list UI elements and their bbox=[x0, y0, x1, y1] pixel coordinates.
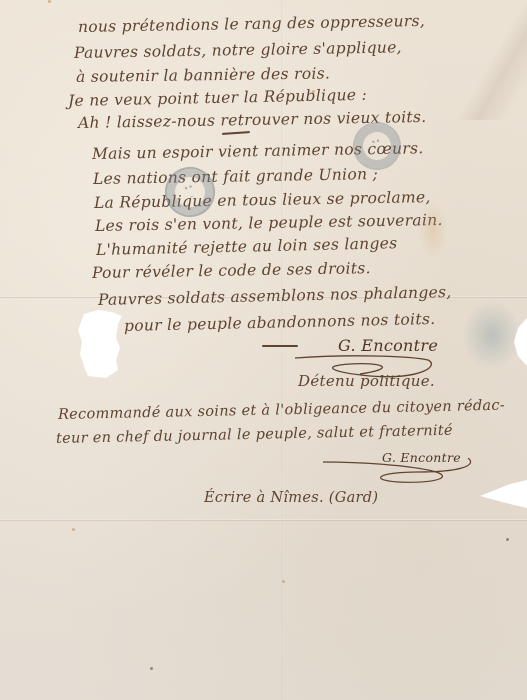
paper-tear-hole bbox=[76, 308, 126, 380]
paper-corner-shadow bbox=[447, 0, 527, 120]
poem-line: Pauvres soldats, notre gloire s'applique… bbox=[74, 38, 402, 62]
foxing-stain bbox=[418, 200, 448, 260]
fold-crease-lower bbox=[0, 519, 527, 521]
poem-line: Pour révéler le code de ses droits. bbox=[92, 259, 371, 282]
poem-line: Pauvres soldats assemblons nos phalanges… bbox=[98, 283, 452, 309]
signature-title: Détenu politique. bbox=[298, 372, 435, 390]
stanza-separator bbox=[222, 131, 250, 135]
foxing-spot bbox=[506, 538, 509, 541]
foxing-spot bbox=[282, 580, 285, 583]
return-address: Écrire à Nîmes. (Gard) bbox=[204, 490, 378, 506]
poem-line: à soutenir la bannière des rois. bbox=[76, 64, 330, 86]
note-line: teur en chef du journal le peuple, salut… bbox=[56, 423, 453, 447]
poem-line: La République en tous lieux se proclame, bbox=[94, 188, 431, 212]
poem-line: nous prétendions le rang des oppresseurs… bbox=[78, 12, 425, 36]
paper-tear-edge-right bbox=[510, 318, 527, 368]
poem-line: Les nations ont fait grande Union ; bbox=[93, 165, 378, 188]
paper-tear-corner bbox=[480, 480, 527, 514]
poem-line: Les rois s'en vont, le peuple est souver… bbox=[95, 211, 443, 235]
poem-line: pour le peuple abandonnons nos toits. bbox=[124, 310, 436, 335]
signature-dash bbox=[262, 345, 298, 347]
letter-page: nous prétendions le rang des oppresseurs… bbox=[0, 0, 527, 700]
foxing-spot bbox=[48, 0, 51, 3]
foxing-spot bbox=[72, 528, 75, 531]
foxing-spot bbox=[150, 667, 153, 670]
poem-line: Je ne veux point tuer la République : bbox=[68, 86, 367, 110]
poem-line: L'humanité rejette au loin ses langes bbox=[96, 234, 398, 259]
note-signature-flourish-icon bbox=[318, 458, 478, 488]
